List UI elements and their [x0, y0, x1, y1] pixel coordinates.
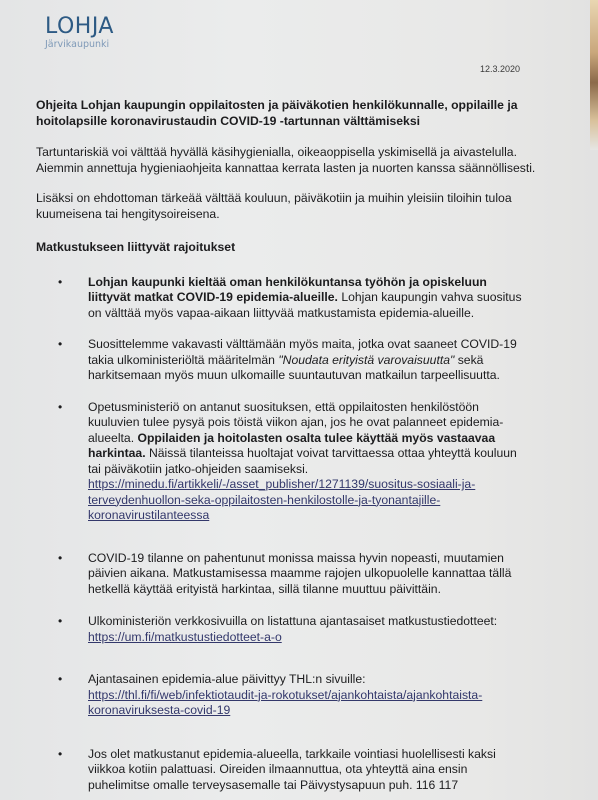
section-heading: Matkustukseen liittyvät rajoitukset — [36, 240, 556, 256]
document-title: Ohjeita Lohjan kaupungin oppilaitosten j… — [36, 98, 556, 129]
logo-name: LOHJA — [45, 16, 114, 38]
list-item: Ulkoministeriön verkkosivuilla on listat… — [58, 614, 523, 645]
lohja-logo: LOHJA Järvikaupunki — [45, 16, 114, 50]
intro-paragraph-2: Lisäksi on ehdottoman tärkeää välttää ko… — [36, 191, 556, 222]
um-travel-link[interactable]: https://um.fi/matkustustiedotteet-a-o — [88, 630, 282, 644]
minedu-link[interactable]: https://minedu.fi/artikkeli/-/asset_publ… — [88, 477, 475, 522]
list-item: Lohjan kaupunki kieltää oman henkilökunt… — [58, 275, 523, 322]
intro-paragraph-1: Tartuntariskiä voi välttää hyvällä käsih… — [36, 145, 556, 176]
list-item: COVID-19 tilanne on pahentunut monissa m… — [58, 551, 523, 598]
logo-tagline: Järvikaupunki — [45, 39, 114, 50]
travel-restrictions-list: Lohjan kaupunki kieltää oman henkilökunt… — [36, 275, 556, 794]
bullet-text: Näissä tilanteissa huoltajat voivat tarv… — [88, 446, 517, 476]
document-date: 12.3.2020 — [480, 64, 520, 74]
document-body: Ohjeita Lohjan kaupungin oppilaitosten j… — [36, 98, 556, 793]
bullet-text: COVID-19 tilanne on pahentunut monissa m… — [88, 551, 511, 596]
bullet-text: Ajantasainen epidemia-alue päivittyy THL… — [88, 672, 366, 686]
bullet-text: Ulkoministeriön verkkosivuilla on listat… — [88, 614, 497, 628]
bullet-italic-text: "Noudata erityistä varovaisuutta" — [278, 353, 454, 367]
list-item: Jos olet matkustanut epidemia-alueella, … — [58, 747, 523, 794]
table-edge-background — [590, 0, 598, 150]
thl-link[interactable]: https://thl.fi/fi/web/infektiotaudit-ja-… — [88, 688, 482, 718]
bullet-text: Jos olet matkustanut epidemia-alueella, … — [88, 747, 496, 792]
list-item: Suosittelemme vakavasti välttämään myös … — [58, 337, 523, 384]
list-item: Ajantasainen epidemia-alue päivittyy THL… — [58, 672, 523, 719]
list-item: Opetusministeriö on antanut suosituksen,… — [58, 400, 523, 524]
